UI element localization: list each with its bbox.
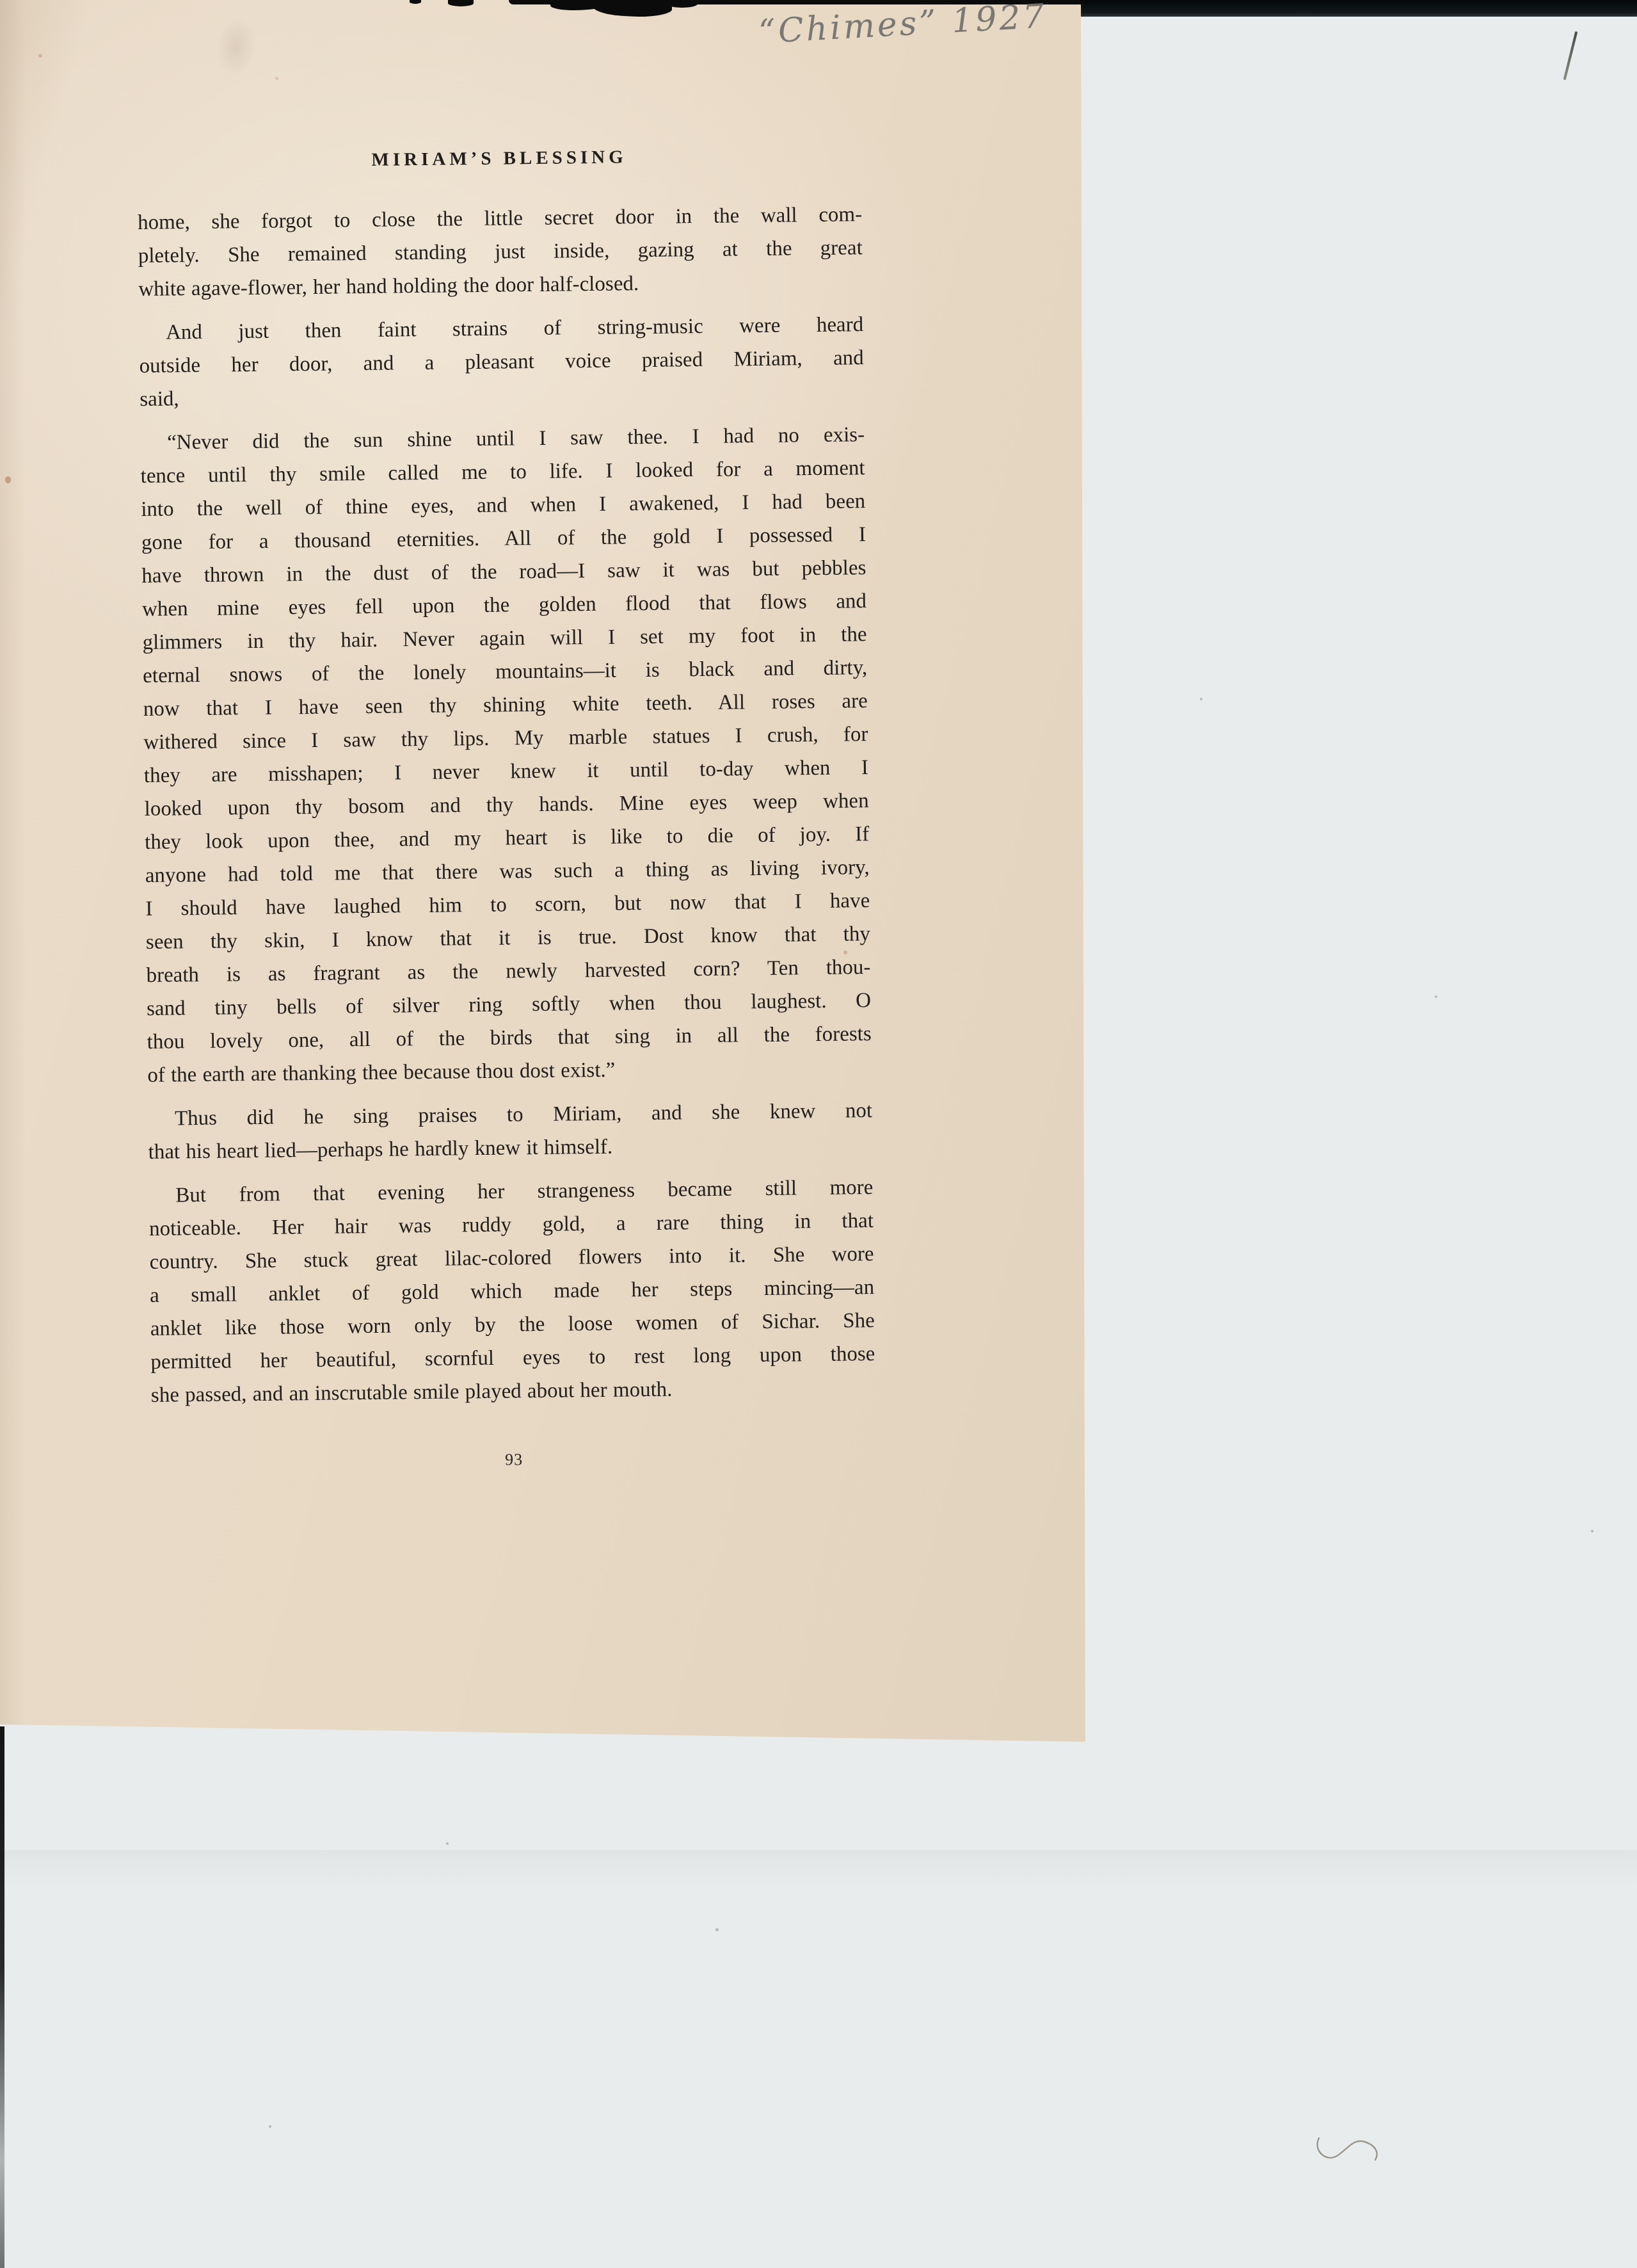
printed-text-block: MIRIAM’S BLESSING home, she forgot to cl… (135, 0, 876, 1474)
page-number: 93 (152, 1446, 876, 1474)
hair-fiber (1315, 2132, 1392, 2170)
book-page: “Chimes” 1927 MIRIAM’S BLESSING home, sh… (0, 0, 1086, 1742)
scanner-bed-lower (0, 1850, 1637, 2268)
paragraph: But from that evening her strangeness be… (148, 1171, 875, 1412)
dust-speck (1200, 698, 1202, 700)
dust-speck (269, 2125, 271, 2128)
page-title: MIRIAM’S BLESSING (137, 143, 861, 174)
scan-edge-shadow (0, 1726, 4, 2268)
scanned-document: “Chimes” 1927 MIRIAM’S BLESSING home, sh… (0, 0, 1637, 2268)
paragraph: home, she forgot to close the little sec… (138, 198, 863, 306)
paragraph: And just then faint strains of string-mu… (139, 308, 865, 416)
paragraph: Thus did he sing praises to Miriam, and … (148, 1094, 873, 1169)
dust-speck (715, 1928, 719, 1931)
body-paragraphs: home, she forgot to close the little sec… (138, 198, 875, 1412)
foxing-spot (5, 476, 11, 483)
dust-speck (446, 1842, 449, 1845)
paragraph: “Never did the sun shine until I saw the… (140, 418, 872, 1092)
dust-speck (1435, 995, 1437, 998)
dust-speck (1591, 1530, 1593, 1532)
dust-fiber (1563, 31, 1578, 81)
foxing-spot (38, 54, 42, 58)
